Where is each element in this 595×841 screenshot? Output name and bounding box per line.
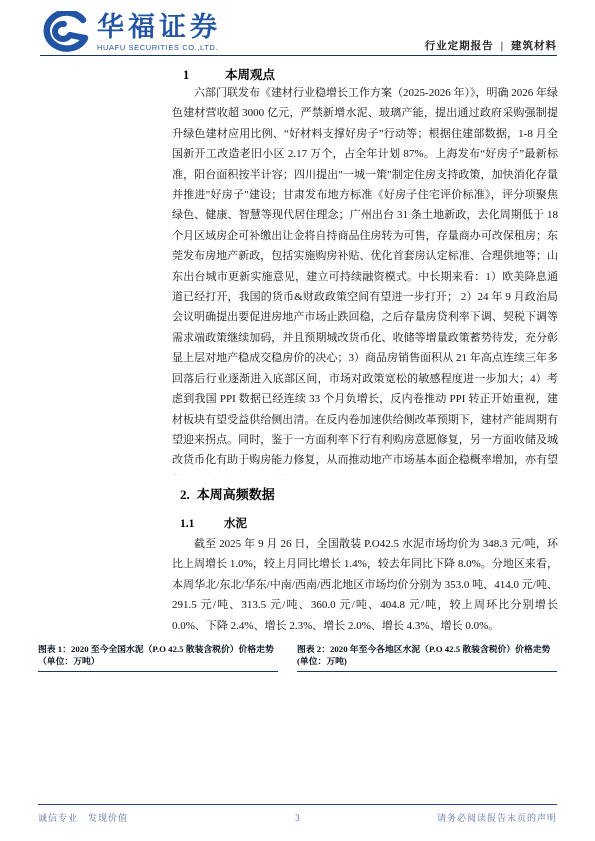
figure-2-title: 2020 年至今各地区水泥（P.O 42.5 散装含税价）价格走势(单位：万吨) xyxy=(297,644,550,666)
page-number: 3 xyxy=(228,813,367,823)
section-1-number: 1 xyxy=(183,68,225,83)
cement-paragraph: 截至 2025 年 9 月 26 日，全国散装 P.O42.5 水泥市场均价为 … xyxy=(172,534,558,638)
report-type-label: 行业定期报告 xyxy=(425,41,494,52)
section-2-title: 本周高频数据 xyxy=(197,487,275,502)
header-divider xyxy=(40,55,557,56)
huafu-logo: 华福证券 HUAFU SECURITIES CO.,LTD. xyxy=(40,11,221,55)
subsection-1-1-number: 1.1 xyxy=(180,518,224,530)
section-1-heading: 1本周观点 xyxy=(183,65,275,83)
swirl-g-logo-icon xyxy=(40,11,90,55)
report-page: 华福证券 HUAFU SECURITIES CO.,LTD. 行业定期报告|建筑… xyxy=(0,0,595,841)
subsection-1-1-heading: 1.1水泥 xyxy=(180,515,247,531)
section-2-heading: 2.本周高频数据 xyxy=(180,484,275,503)
footer-slogan: 诚信专业 发现价值 xyxy=(38,811,228,824)
figure-2-label: 图表 2： xyxy=(297,644,330,654)
breadcrumb-divider: | xyxy=(501,41,504,52)
footer: 诚信专业 发现价值 3 请务必阅读报告末页的声明 xyxy=(38,811,557,824)
figure-1-caption: 图表 1：2020 至今全国水泥（P.O 42.5 散装含税价）价格走势（单位：… xyxy=(38,644,278,672)
footer-disclaimer: 请务必阅读报告末页的声明 xyxy=(367,811,557,824)
logo-text-block: 华福证券 HUAFU SECURITIES CO.,LTD. xyxy=(97,11,221,52)
figure-2-caption: 图表 2：2020 年至今各地区水泥（P.O 42.5 散装含税价）价格走势(单… xyxy=(297,644,557,672)
weekly-view-paragraph: 六部门联发布《建材行业稳增长工作方案（2025-2026 年）》，明确 2026… xyxy=(172,83,558,475)
section-2-number: 2. xyxy=(180,487,190,502)
figure-caption-row: 图表 1：2020 至今全国水泥（P.O 42.5 散装含税价）价格走势（单位：… xyxy=(38,644,557,672)
report-type-breadcrumb: 行业定期报告|建筑材料 xyxy=(425,38,557,53)
figure-1-title: 2020 至今全国水泥（P.O 42.5 散装含税价）价格走势（单位：万吨） xyxy=(38,644,274,666)
footer-divider xyxy=(38,804,557,805)
subsection-1-1-title: 水泥 xyxy=(224,518,247,530)
section-1-title: 本周观点 xyxy=(225,68,275,82)
logo-en-name: HUAFU SECURITIES CO.,LTD. xyxy=(97,43,221,52)
logo-cn-name: 华福证券 xyxy=(97,13,221,41)
industry-label: 建筑材料 xyxy=(511,41,557,52)
figure-1-label: 图表 1： xyxy=(38,644,71,654)
